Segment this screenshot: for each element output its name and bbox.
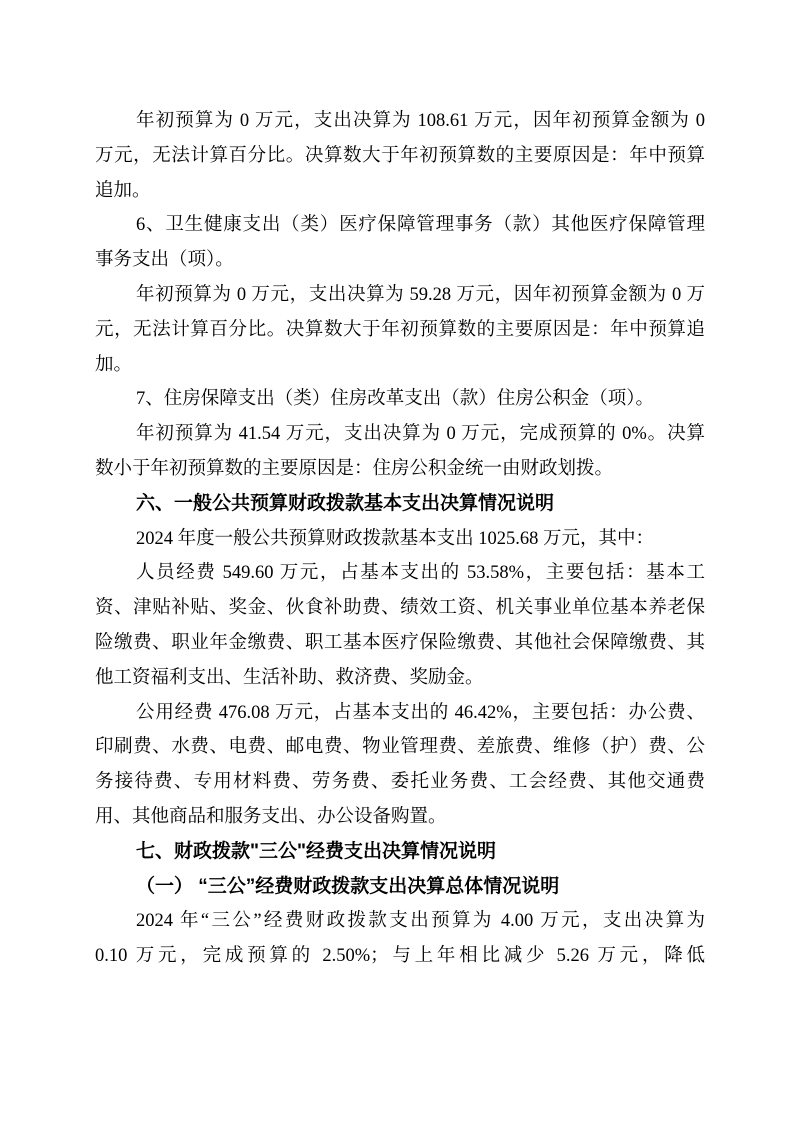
text-line: 务接待费、专用材料费、劳务费、委托业务费、工会经费、其他交通费 xyxy=(95,765,705,800)
paragraph: 年初预算为 0 万元，支出决算为 59.28 万元，因年初预算金额为 0 万 元… xyxy=(95,278,705,382)
text-line: 年初预算为 0 万元，支出决算为 108.61 万元，因年初预算金额为 0 xyxy=(95,104,705,139)
text-line: 追加。 xyxy=(95,174,705,209)
text-line: 万元，无法计算百分比。决算数大于年初预算数的主要原因是：年中预算 xyxy=(95,139,705,174)
text-line: 人员经费 549.60 万元，占基本支出的 53.58%，主要包括：基本工 xyxy=(95,556,705,591)
sub-section-heading: （一） “三公”经费财政拨款支出决算总体情况说明 xyxy=(95,870,705,905)
section-heading: 六、一般公共预算财政拨款基本支出决算情况说明 xyxy=(95,487,705,522)
paragraph: 年初预算为 41.54 万元，支出决算为 0 万元，完成预算的 0%。决算 数小… xyxy=(95,417,705,487)
text-line: 印刷费、水费、电费、邮电费、物业管理费、差旅费、维修（护）费、公 xyxy=(95,730,705,765)
heading-line: （一） “三公”经费财政拨款支出决算总体情况说明 xyxy=(95,870,705,905)
text-line: 公用经费 476.08 万元，占基本支出的 46.42%，主要包括：办公费、 xyxy=(95,696,705,731)
text-line: 他工资福利支出、生活补助、救济费、奖励金。 xyxy=(95,661,705,696)
paragraph: 年初预算为 0 万元，支出决算为 108.61 万元，因年初预算金额为 0 万元… xyxy=(95,104,705,208)
text-line: 2024 年度一般公共预算财政拨款基本支出 1025.68 万元，其中： xyxy=(95,522,705,557)
text-line: 2024 年“三公”经费财政拨款支出预算为 4.00 万元，支出决算为 xyxy=(95,904,705,939)
heading-line: 七、财政拨款"三公"经费支出决算情况说明 xyxy=(95,835,705,870)
paragraph: 7、住房保障支出（类）住房改革支出（款）住房公积金（项）。 xyxy=(95,382,705,417)
text-line: 0.10 万元，完成预算的 2.50%；与上年相比减少 5.26 万元，降低 xyxy=(95,939,705,974)
text-line: 年初预算为 41.54 万元，支出决算为 0 万元，完成预算的 0%。决算 xyxy=(95,417,705,452)
paragraph: 6、卫生健康支出（类）医疗保障管理事务（款）其他医疗保障管理 事务支出（项）。 xyxy=(95,208,705,278)
paragraph: 人员经费 549.60 万元，占基本支出的 53.58%，主要包括：基本工 资、… xyxy=(95,556,705,695)
paragraph: 2024 年“三公”经费财政拨款支出预算为 4.00 万元，支出决算为 0.10… xyxy=(95,904,705,974)
text-line: 7、住房保障支出（类）住房改革支出（款）住房公积金（项）。 xyxy=(95,382,705,417)
document-page: 年初预算为 0 万元，支出决算为 108.61 万元，因年初预算金额为 0 万元… xyxy=(0,0,793,1122)
text-line: 用、其他商品和服务支出、办公设备购置。 xyxy=(95,800,705,835)
text-line: 数小于年初预算数的主要原因是：住房公积金统一由财政划拨。 xyxy=(95,452,705,487)
heading-line: 六、一般公共预算财政拨款基本支出决算情况说明 xyxy=(95,487,705,522)
text-line: 事务支出（项）。 xyxy=(95,243,705,278)
text-line: 资、津贴补贴、奖金、伙食补助费、绩效工资、机关事业单位基本养老保 xyxy=(95,591,705,626)
text-line: 加。 xyxy=(95,348,705,383)
paragraph: 公用经费 476.08 万元，占基本支出的 46.42%，主要包括：办公费、 印… xyxy=(95,696,705,835)
paragraph: 2024 年度一般公共预算财政拨款基本支出 1025.68 万元，其中： xyxy=(95,522,705,557)
text-line: 险缴费、职业年金缴费、职工基本医疗保险缴费、其他社会保障缴费、其 xyxy=(95,626,705,661)
document-body: 年初预算为 0 万元，支出决算为 108.61 万元，因年初预算金额为 0 万元… xyxy=(95,104,705,974)
text-line: 元，无法计算百分比。决算数大于年初预算数的主要原因是：年中预算追 xyxy=(95,313,705,348)
text-line: 年初预算为 0 万元，支出决算为 59.28 万元，因年初预算金额为 0 万 xyxy=(95,278,705,313)
section-heading: 七、财政拨款"三公"经费支出决算情况说明 xyxy=(95,835,705,870)
text-line: 6、卫生健康支出（类）医疗保障管理事务（款）其他医疗保障管理 xyxy=(95,208,705,243)
